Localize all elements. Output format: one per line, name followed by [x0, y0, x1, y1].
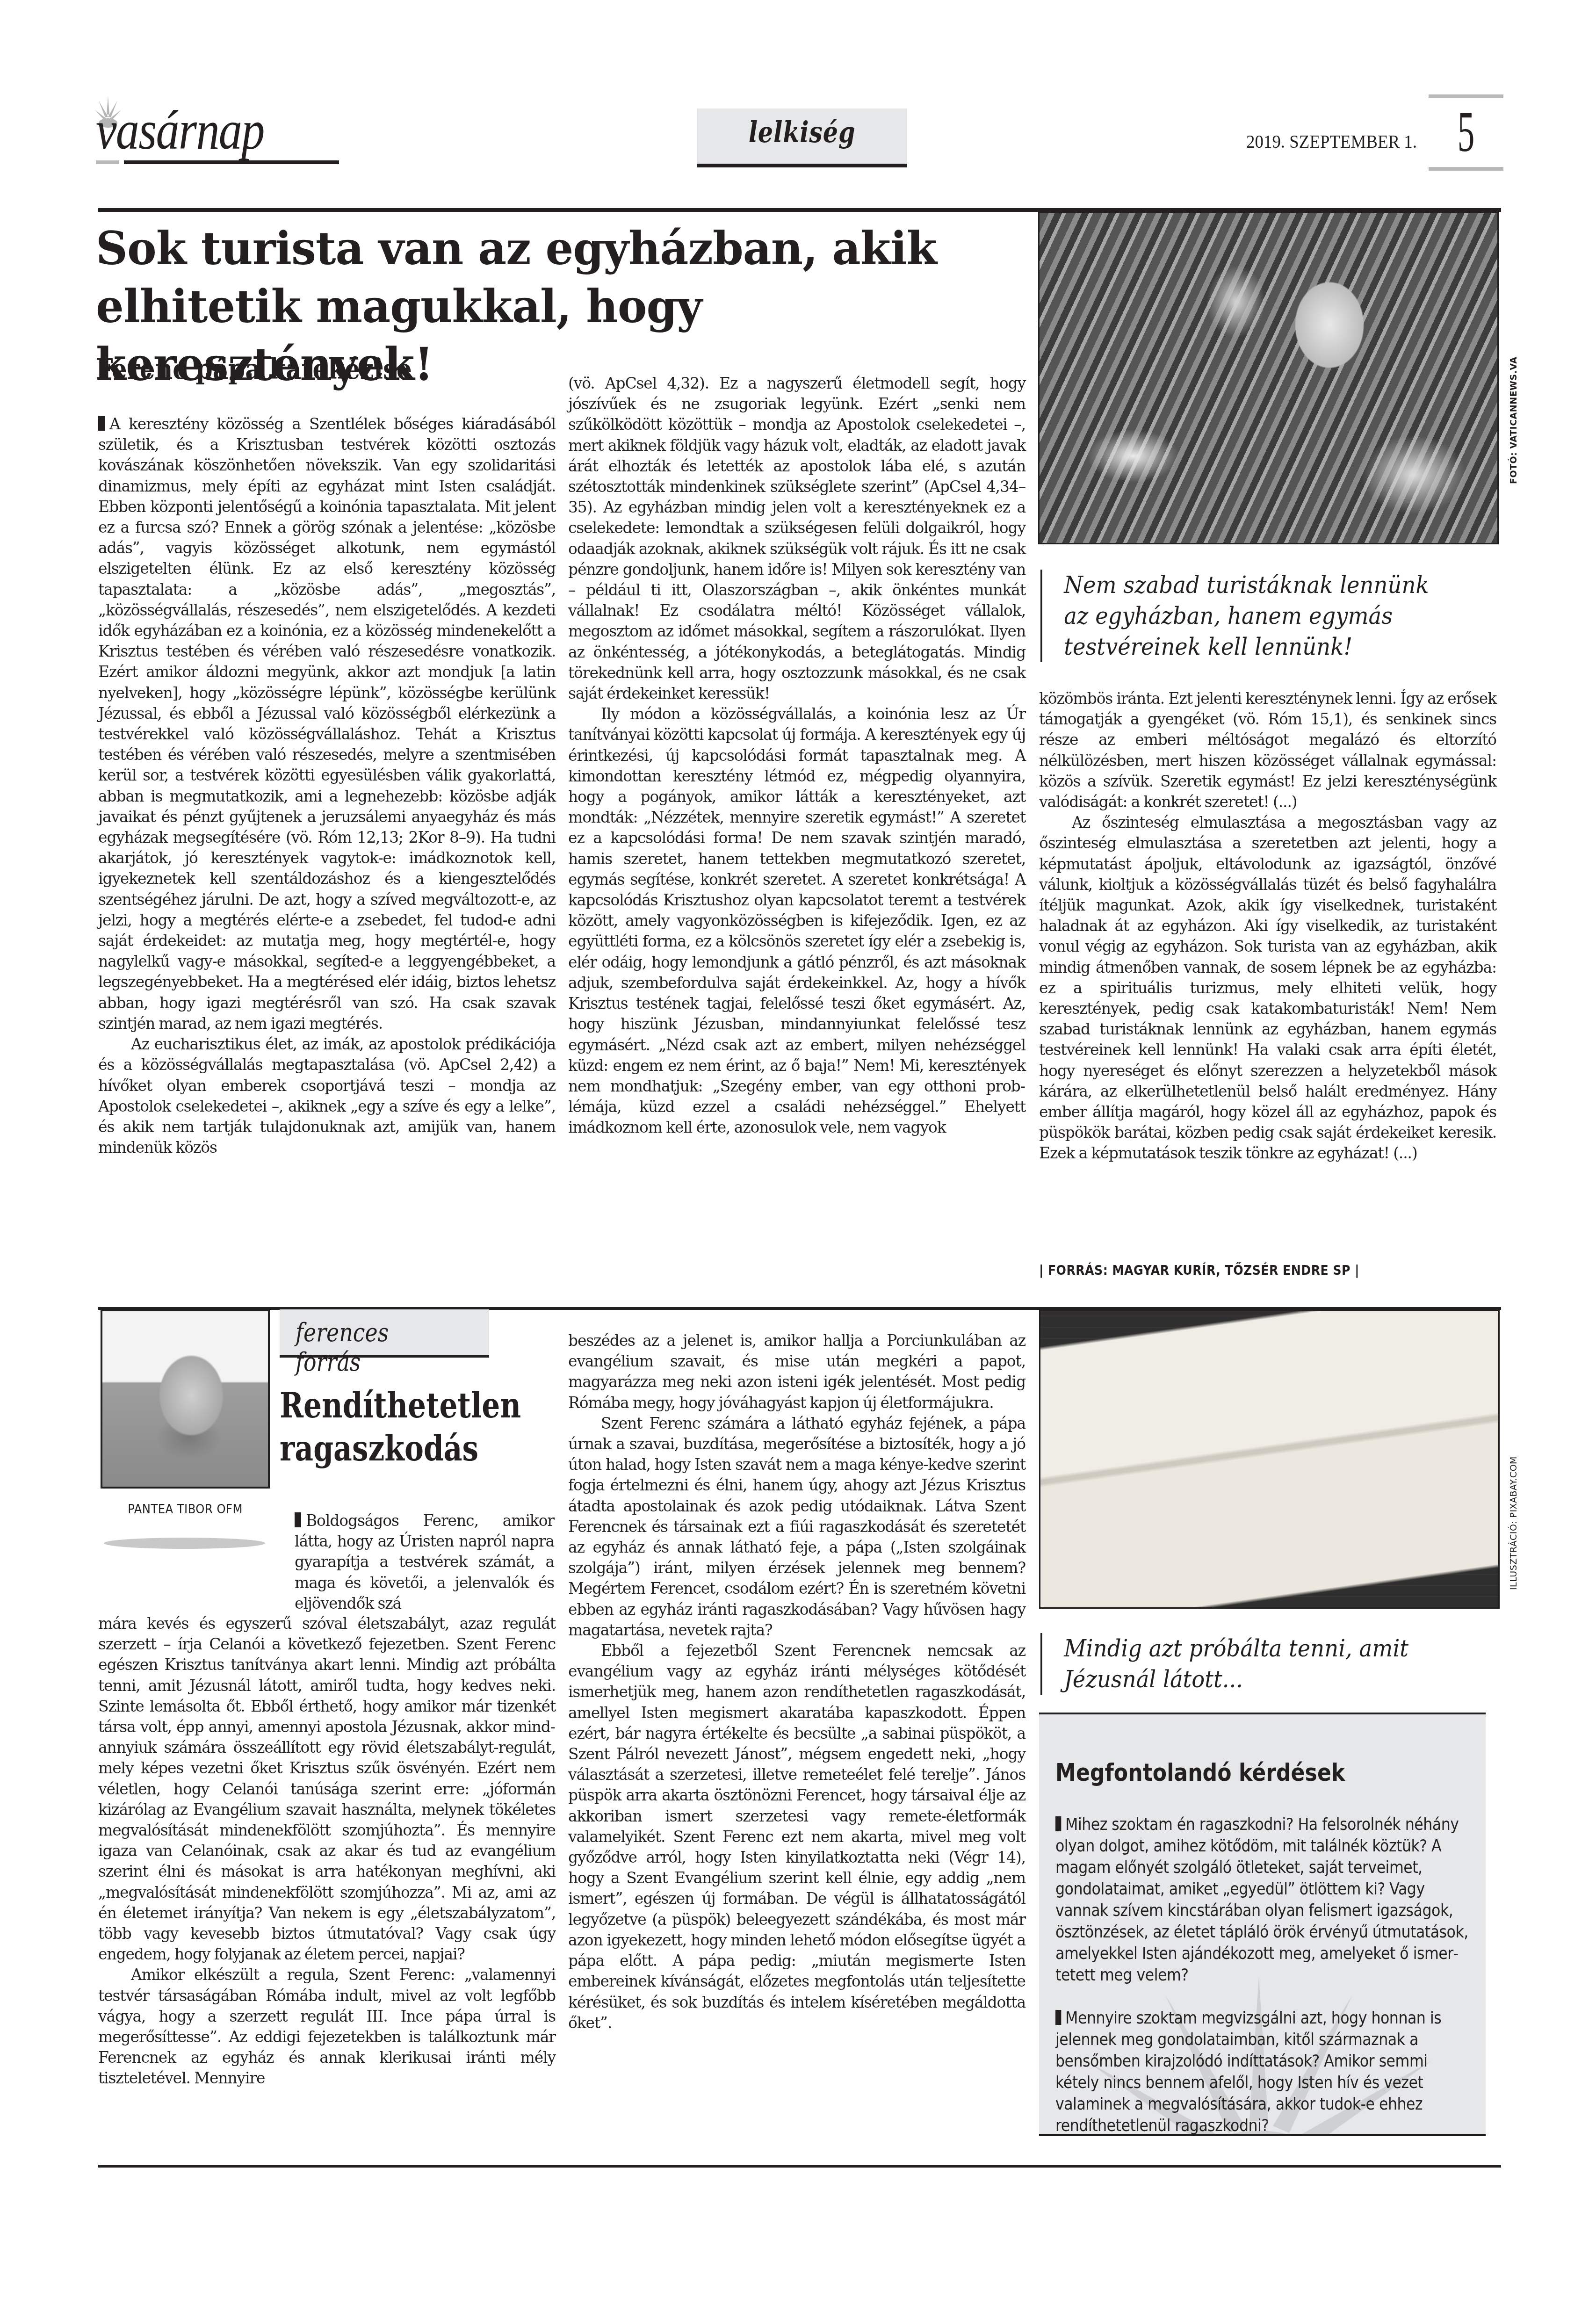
- author-shadow-decoration: [104, 1538, 265, 1549]
- issue-date: 2019. SZEPTEMBER 1.: [1211, 130, 1417, 152]
- article2-para: Amikor elkészült a regula, Szent Ferenc:…: [98, 1965, 556, 2089]
- logo-text: vasárnap: [96, 103, 264, 158]
- article1-column-3: közömbös iránta. Ezt jelenti keresztényn…: [1039, 688, 1496, 1164]
- author-name: PANTEA TIBOR OFM: [109, 1502, 261, 1517]
- lead-marker: [1055, 2010, 1061, 2025]
- pull-quote-2: Mindig azt próbálta tenni, amit Jézusnál…: [1040, 1633, 1458, 1695]
- article1-column-1: A keresztény közösség a Szentlélek bőség…: [98, 414, 556, 1158]
- page-number: 5: [1429, 94, 1503, 172]
- article2-title: Rendíthetetlen ragaszkodás: [280, 1384, 513, 1470]
- illustration-credit: ILLUSZTRÁCIÓ: PIXABAY.COM: [1509, 1456, 1519, 1590]
- article2-intro-para: Boldogságos Ferenc, amikor látta, hogy a…: [295, 1511, 554, 1614]
- manuscript-photo: [1039, 1309, 1500, 1609]
- column-name: ferences forrás: [296, 1318, 460, 1377]
- pull-quote: Nem szabad turistáknak lennünk az egyház…: [1040, 570, 1458, 662]
- article-source: | FORRÁS: MAGYAR KURÍR, TŐZSÉR ENDRE SP …: [1039, 1263, 1359, 1278]
- article1-para: A keresztény közösség a Szentlélek bőség…: [98, 414, 556, 1034]
- page-number-text: 5: [1444, 104, 1488, 161]
- section-label: lelkiség: [716, 115, 888, 149]
- article1-para: Ily módon a közösségvállalás, a koinónia…: [568, 704, 1025, 1138]
- lead-marker: [98, 416, 105, 431]
- section-tab: lelkiség: [697, 108, 907, 167]
- column-name-tab: ferences forrás: [280, 1309, 489, 1358]
- questions-title: Megfontolandó kérdések: [1055, 1759, 1345, 1787]
- questions-list: Mihez szoktam én ragaszkodni? Ha felsoro…: [1055, 1814, 1471, 2136]
- question-item: Mihez szoktam én ragaszkodni? Ha felsoro…: [1055, 1814, 1471, 1986]
- article2-para: Szent Ferenc számára a látható egyház fe…: [568, 1413, 1025, 1641]
- bottom-rule: [98, 2165, 1501, 2168]
- article1-para: Az őszinteség elmulasztása a megosztásba…: [1039, 812, 1496, 1164]
- lead-marker: [295, 1512, 301, 1527]
- article2-column-1: mára kevés és egyszerű szóval életszabál…: [98, 1613, 556, 2089]
- article1-column-2: (vö. ApCsel 4,32). Ez a nagyszerű életmo…: [568, 373, 1025, 1138]
- logo-underline: [96, 160, 339, 164]
- photo-credit: FOTÓ: VATICANNEWS.VA: [1509, 356, 1519, 484]
- author-portrait: [101, 1309, 270, 1489]
- article2-para: mára kevés és egyszerű szóval életszabál…: [98, 1613, 556, 1965]
- lead-marker: [1055, 1816, 1061, 1831]
- article1-para: Az eucharisztikus élet, az imák, az apos…: [98, 1034, 556, 1158]
- article2-column-2: beszédes az a jelenet is, amikor hallja …: [568, 1330, 1025, 2033]
- masthead-logo: vasárnap: [96, 101, 344, 166]
- article2-para: Ebből a fejezetből Szent Ferencnek nemcs…: [568, 1641, 1025, 2033]
- pope-crowd-photo: [1038, 211, 1499, 544]
- article1-para: közömbös iránta. Ezt jelenti keresztényn…: [1039, 688, 1496, 812]
- article2-intro: Boldogságos Ferenc, amikor látta, hogy a…: [295, 1511, 554, 1614]
- questions-box: Megfontolandó kérdések Mihez szoktam én …: [1039, 1713, 1486, 2136]
- article1-para: (vö. ApCsel 4,32). Ez a nagyszerű életmo…: [568, 373, 1025, 704]
- article2-para: beszédes az a jelenet is, amikor hallja …: [568, 1330, 1025, 1413]
- question-item: Mennyire szoktam megvizsgálni azt, hogy …: [1055, 2008, 1471, 2136]
- article-subhead: Ferenc pápa katekézise: [96, 353, 412, 386]
